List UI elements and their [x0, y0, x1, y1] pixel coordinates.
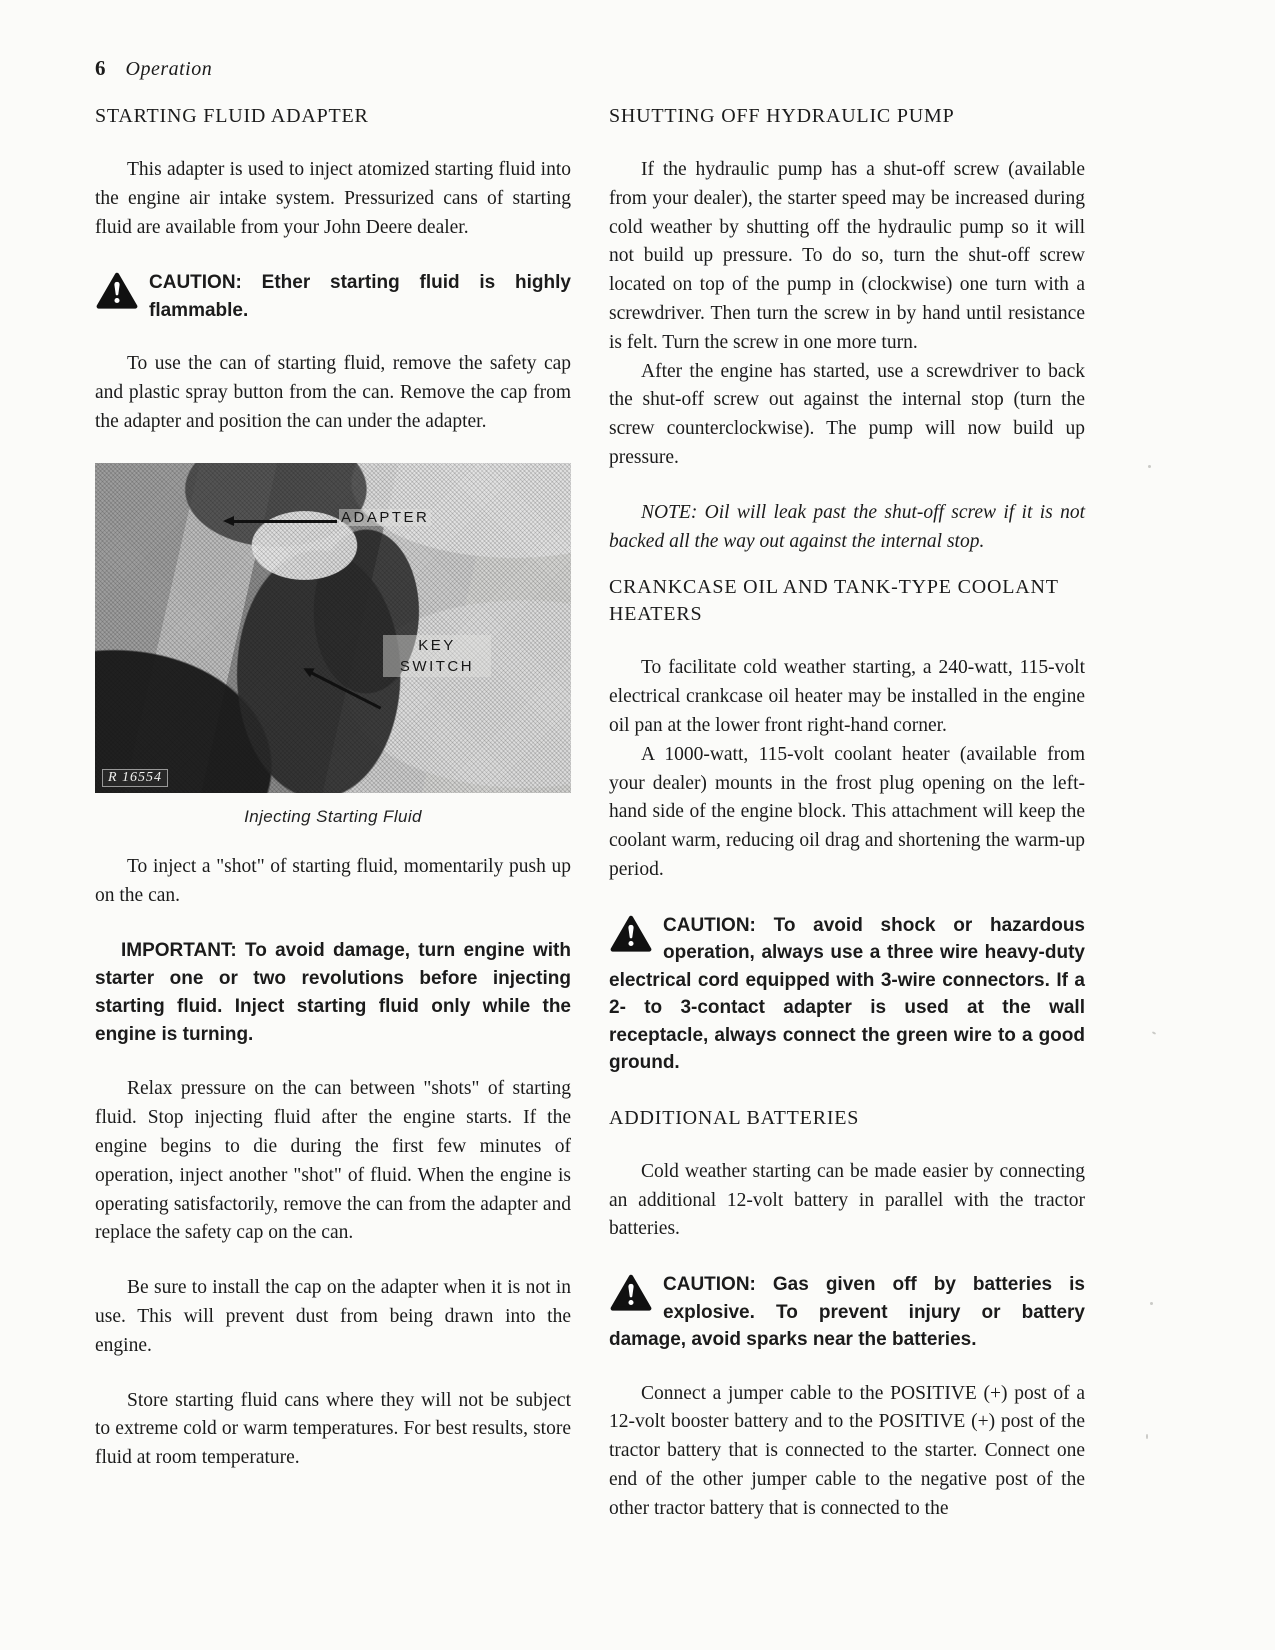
two-column-layout: STARTING FLUID ADAPTER This adapter is u…	[95, 103, 1275, 1524]
heading-shutting-off-hydraulic-pump: SHUTTING OFF HYDRAULIC PUMP	[609, 103, 1085, 130]
warning-triangle-icon	[609, 915, 653, 953]
warning-triangle-icon	[95, 272, 139, 310]
manual-page: 6 Operation STARTING FLUID ADAPTER This …	[0, 0, 1275, 1650]
halftone-photo: ADAPTER KEY SWITCH R 16554	[95, 463, 571, 793]
page-number: 6	[95, 56, 106, 81]
adapter-callout-arrow	[233, 520, 337, 523]
paragraph-adapter-intro: This adapter is used to inject atomized …	[95, 156, 571, 242]
paragraph-pump-restart: After the engine has started, use a scre…	[609, 358, 1085, 473]
photo-label-key-switch: KEY SWITCH	[383, 635, 491, 677]
paragraph-inject-shot: To inject a "shot" of starting fluid, mo…	[95, 853, 571, 911]
paragraph-jumper-cable: Connect a jumper cable to the POSITIVE (…	[609, 1380, 1085, 1524]
right-column: SHUTTING OFF HYDRAULIC PUMP If the hydra…	[609, 103, 1085, 1524]
caution-battery-gas-text: CAUTION: Gas given off by batteries is e…	[609, 1274, 1085, 1350]
figure-caption: Injecting Starting Fluid	[95, 807, 571, 827]
photo-id: R 16554	[102, 769, 168, 787]
heading-crankcase-coolant-heaters: CRANKCASE OIL AND TANK-TYPE COOLANT HEAT…	[609, 574, 1085, 628]
heading-starting-fluid-adapter: STARTING FLUID ADAPTER	[95, 103, 571, 130]
paragraph-crankcase-heater: To facilitate cold weather starting, a 2…	[609, 654, 1085, 740]
caution-shock: CAUTION: To avoid shock or hazardous ope…	[609, 912, 1085, 1077]
caution-battery-gas: CAUTION: Gas given off by batteries is e…	[609, 1271, 1085, 1354]
scan-artifact	[1146, 1434, 1148, 1439]
photo-label-adapter: ADAPTER	[339, 509, 431, 526]
scan-artifact	[1148, 465, 1151, 468]
section-title: Operation	[126, 58, 213, 81]
warning-triangle-icon	[609, 1274, 653, 1312]
important-note: IMPORTANT: To avoid damage, turn engine …	[95, 937, 571, 1049]
left-column: STARTING FLUID ADAPTER This adapter is u…	[95, 103, 571, 1524]
paragraph-coolant-heater: A 1000-watt, 115-volt coolant heater (av…	[609, 741, 1085, 885]
key-switch-callout-arrow	[311, 671, 382, 709]
scan-artifact	[1150, 1302, 1153, 1305]
paragraph-use-can: To use the can of starting fluid, remove…	[95, 350, 571, 436]
caution-shock-text: CAUTION: To avoid shock or hazardous ope…	[609, 915, 1085, 1074]
figure-injecting-starting-fluid: ADAPTER KEY SWITCH R 16554 Injecting Sta…	[95, 463, 571, 827]
running-header: 6 Operation	[95, 56, 1275, 81]
heading-additional-batteries: ADDITIONAL BATTERIES	[609, 1105, 1085, 1132]
paragraph-additional-battery: Cold weather starting can be made easier…	[609, 1158, 1085, 1244]
caution-ether: CAUTION: Ether starting fluid is highly …	[95, 269, 571, 324]
caution-ether-text: CAUTION: Ether starting fluid is highly …	[149, 272, 571, 321]
paragraph-install-cap: Be sure to install the cap on the adapte…	[95, 1274, 571, 1360]
paragraph-relax-pressure: Relax pressure on the can between "shots…	[95, 1075, 571, 1248]
paragraph-store-cans: Store starting fluid cans where they wil…	[95, 1387, 571, 1473]
note-oil-leak: NOTE: Oil will leak past the shut-off sc…	[609, 499, 1085, 557]
paragraph-pump-shutoff: If the hydraulic pump has a shut-off scr…	[609, 156, 1085, 358]
